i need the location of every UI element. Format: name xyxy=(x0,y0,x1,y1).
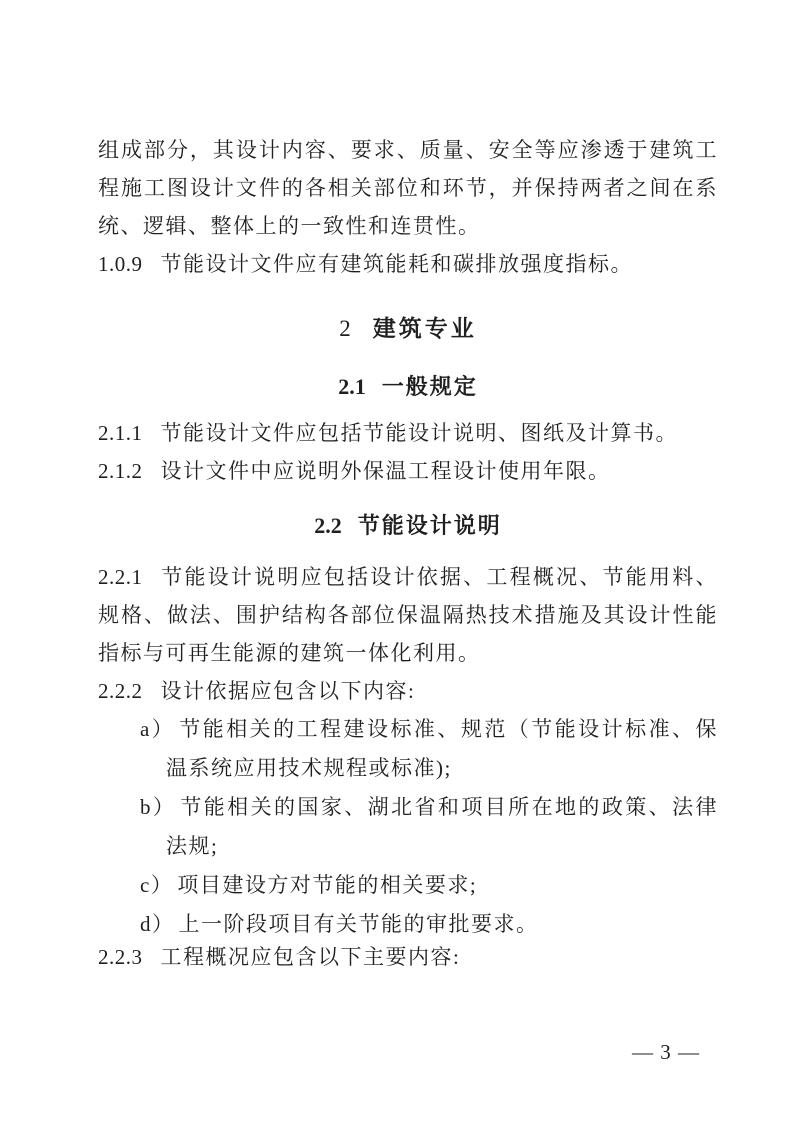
clause-2-2-1-text-1: 节能设计说明应包括设计依据、工程概况、节能用料、 xyxy=(161,565,719,589)
clause-1-0-9-number: 1.0.9 xyxy=(98,252,143,276)
list-item-c-marker: c） xyxy=(140,873,173,897)
section-2-1-heading: 2.1一般规定 xyxy=(98,368,718,406)
clause-2-1-1-text: 节能设计文件应包括节能设计说明、图纸及计算书。 xyxy=(161,421,679,445)
section-2-2-number: 2.2 xyxy=(314,513,342,538)
clause-1-0-9: 1.0.9节能设计文件应有建筑能耗和碳排放强度指标。 xyxy=(98,245,718,283)
clause-2-2-3-text: 工程概况应包含以下主要内容: xyxy=(161,945,461,969)
clause-2-1-1: 2.1.1节能设计文件应包括节能设计说明、图纸及计算书。 xyxy=(98,414,718,452)
clause-1-0-9-text: 节能设计文件应有建筑能耗和碳排放强度指标。 xyxy=(161,252,634,276)
page-number-label: — 3 — xyxy=(632,1040,700,1064)
design-basis-list: a）节能相关的工程建设标准、规范（节能设计标准、保 温系统应用技术规程或标准);… xyxy=(98,710,718,944)
list-item-a-text-1: 节能相关的工程建设标准、规范（节能设计标准、保 xyxy=(179,717,718,741)
list-item-d-marker: d） xyxy=(140,912,175,936)
list-item-b: b）节能相关的国家、湖北省和项目所在地的政策、法律 法规; xyxy=(98,788,718,866)
section-2-1-title: 一般规定 xyxy=(382,374,478,399)
list-item-a: a）节能相关的工程建设标准、规范（节能设计标准、保 温系统应用技术规程或标准); xyxy=(98,710,718,788)
clause-2-1-2-text: 设计文件中应说明外保温工程设计使用年限。 xyxy=(161,459,611,483)
intro-paragraph: 组成部分，其设计内容、要求、质量、安全等应渗透于建筑工 程施工图设计文件的各相关… xyxy=(98,131,718,245)
chapter-2-number: 2 xyxy=(339,316,351,341)
clause-2-1-2-number: 2.1.2 xyxy=(98,459,143,483)
intro-line-1: 组成部分，其设计内容、要求、质量、安全等应渗透于建筑工 xyxy=(98,131,718,169)
list-item-a-line-2: 温系统应用技术规程或标准); xyxy=(166,749,718,788)
clause-2-1-2: 2.1.2设计文件中应说明外保温工程设计使用年限。 xyxy=(98,452,718,490)
clause-2-2-1-number: 2.2.1 xyxy=(98,565,143,589)
clause-2-2-2: 2.2.2设计依据应包含以下内容: xyxy=(98,672,718,710)
section-2-2-heading: 2.2节能设计说明 xyxy=(98,507,718,545)
clause-2-2-1: 2.2.1节能设计说明应包括设计依据、工程概况、节能用料、 规格、做法、围护结构… xyxy=(98,558,718,672)
list-item-b-marker: b） xyxy=(140,795,176,819)
list-item-b-line-1: b）节能相关的国家、湖北省和项目所在地的政策、法律 xyxy=(140,788,718,827)
section-2-2-title: 节能设计说明 xyxy=(358,513,502,538)
list-item-c-line-1: c）项目建设方对节能的相关要求; xyxy=(140,866,718,905)
page-number: — 3 — xyxy=(632,1040,700,1064)
list-item-c-text: 项目建设方对节能的相关要求; xyxy=(177,873,477,897)
list-item-b-text-1: 节能相关的国家、湖北省和项目所在地的政策、法律 xyxy=(180,795,718,819)
document-page: 组成部分，其设计内容、要求、质量、安全等应渗透于建筑工 程施工图设计文件的各相关… xyxy=(0,0,800,1132)
clause-2-2-2-number: 2.2.2 xyxy=(98,679,143,703)
page-content: 组成部分，其设计内容、要求、质量、安全等应渗透于建筑工 程施工图设计文件的各相关… xyxy=(98,131,718,976)
list-item-a-marker: a） xyxy=(140,717,175,741)
list-item-b-line-2: 法规; xyxy=(166,827,718,866)
clause-2-2-3-number: 2.2.3 xyxy=(98,945,143,969)
list-item-c: c）项目建设方对节能的相关要求; xyxy=(98,866,718,905)
section-2-1-number: 2.1 xyxy=(338,374,366,399)
intro-line-3: 统、逻辑、整体上的一致性和连贯性。 xyxy=(98,207,718,245)
clause-2-2-3: 2.2.3工程概况应包含以下主要内容: xyxy=(98,938,718,976)
intro-line-2: 程施工图设计文件的各相关部位和环节，并保持两者之间在系 xyxy=(98,169,718,207)
clause-2-2-1-line-3: 指标与可再生能源的建筑一体化利用。 xyxy=(98,634,718,672)
clause-2-2-2-text: 设计依据应包含以下内容: xyxy=(161,679,416,703)
chapter-2-title: 建筑专业 xyxy=(373,315,477,341)
clause-2-1-1-number: 2.1.1 xyxy=(98,421,143,445)
list-item-a-line-1: a）节能相关的工程建设标准、规范（节能设计标准、保 xyxy=(140,710,718,749)
clause-2-2-1-line-2: 规格、做法、围护结构各部位保温隔热技术措施及其设计性能 xyxy=(98,596,718,634)
clause-2-2-1-line-1: 2.2.1节能设计说明应包括设计依据、工程概况、节能用料、 xyxy=(98,558,718,596)
list-item-d-text: 上一阶段项目有关节能的审批要求。 xyxy=(179,912,539,936)
chapter-2-heading: 2建筑专业 xyxy=(98,309,718,348)
